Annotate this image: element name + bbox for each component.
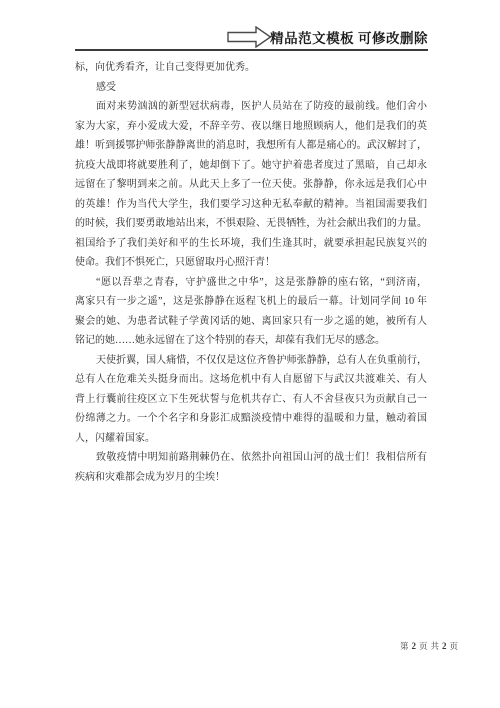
header-watermark-text: 精品范文模板 可修改删除 [270, 27, 428, 47]
text-line: 家为大家，弃小爱成大爱，不辞辛劳、夜以继日地照顾病人，他们是我们的英 [75, 117, 427, 137]
text-line: 远留在了黎明到来之前。从此天上多了一位天使。张静静，你永远是我们心中 [75, 175, 427, 195]
text-line: 聚会的她、为患者试鞋子学黄冈话的她、离回家只有一步之遥的她，被所有人 [75, 312, 427, 332]
right-arrow-icon [227, 26, 272, 48]
text-line: 致敬疫情中明知前路荆棘仍在、依然扑向祖国山河的战士们！我相信所有 [75, 448, 427, 468]
text-line: 的时候，我们要勇敢地站出来，不惧艰险、无畏牺牲，为社会献出我们的力量。 [75, 214, 427, 234]
text-line: 感受 [75, 78, 427, 98]
text-line: “愿以吾辈之青春，守护盛世之中华”，这是张静静的座右铭，“到济南， [75, 273, 427, 293]
document-page: 精品范文模板 可修改删除 标，向优秀看齐，让自己变得更加优秀。感受面对来势汹汹的… [0, 0, 500, 708]
text-line: 份绵薄之力。一个个名字和身影汇成黯淡疫情中难得的温暖和力量，触动着国 [75, 409, 427, 429]
text-line: 总有人在危难关头挺身而出。这场危机中有人自愿留下与武汉共渡难关、有人 [75, 370, 427, 390]
page-number-footer: 第 2 页 共 2 页 [400, 641, 458, 651]
document-body: 标，向优秀看齐，让自己变得更加优秀。感受面对来势汹汹的新型冠状病毒，医护人员站在… [75, 58, 427, 487]
text-line: 祖国给予了我们美好和平的生长环境，我们生逢其时，就要承担起民族复兴的 [75, 234, 427, 254]
footer-prefix: 第 [400, 641, 409, 651]
text-line: 的英雄！作为当代大学生，我们要学习这种无私奉献的精神。当祖国需要我们 [75, 195, 427, 215]
text-line: 人，闪耀着国家。 [75, 429, 427, 449]
text-line: 离家只有一步之遥”，这是张静静在返程飞机上的最后一幕。计划同学间 10 年 [75, 292, 427, 312]
footer-total-pages: 2 [442, 641, 447, 651]
footer-current-page: 2 [411, 641, 416, 651]
text-line: 雄！听到援鄂护师张静静离世的消息时，我想所有人都是痛心的。武汉解封了， [75, 136, 427, 156]
footer-total-char: 共 [430, 641, 439, 651]
text-line: 铭记的她……她永远留在了这个特别的春天，却葆有我们无尽的感念。 [75, 331, 427, 351]
text-line: 抗疫大战即将就要胜利了，她却倒下了。她守护着患者度过了黑暗，自己却永 [75, 156, 427, 176]
text-line: 使命。我们不惧死亡，只愿留取丹心照汗青！ [75, 253, 427, 273]
text-line: 标，向优秀看齐，让自己变得更加优秀。 [75, 58, 427, 78]
footer-suffix: 页 [449, 641, 458, 651]
text-line: 面对来势汹汹的新型冠状病毒，医护人员站在了防疫的最前线。他们舍小 [75, 97, 427, 117]
text-line: 天使折翼，国人痛惜，不仅仅是这位齐鲁护师张静静，总有人在负重前行， [75, 351, 427, 371]
text-line: 疾病和灾难都会成为岁月的尘埃！ [75, 468, 427, 488]
footer-page-char: 页 [419, 641, 428, 651]
page-header: 精品范文模板 可修改删除 [75, 22, 428, 51]
text-line: 背上行囊前往疫区立下生死状誓与危机共存亡、有人不舍昼夜只为贡献自己一 [75, 390, 427, 410]
